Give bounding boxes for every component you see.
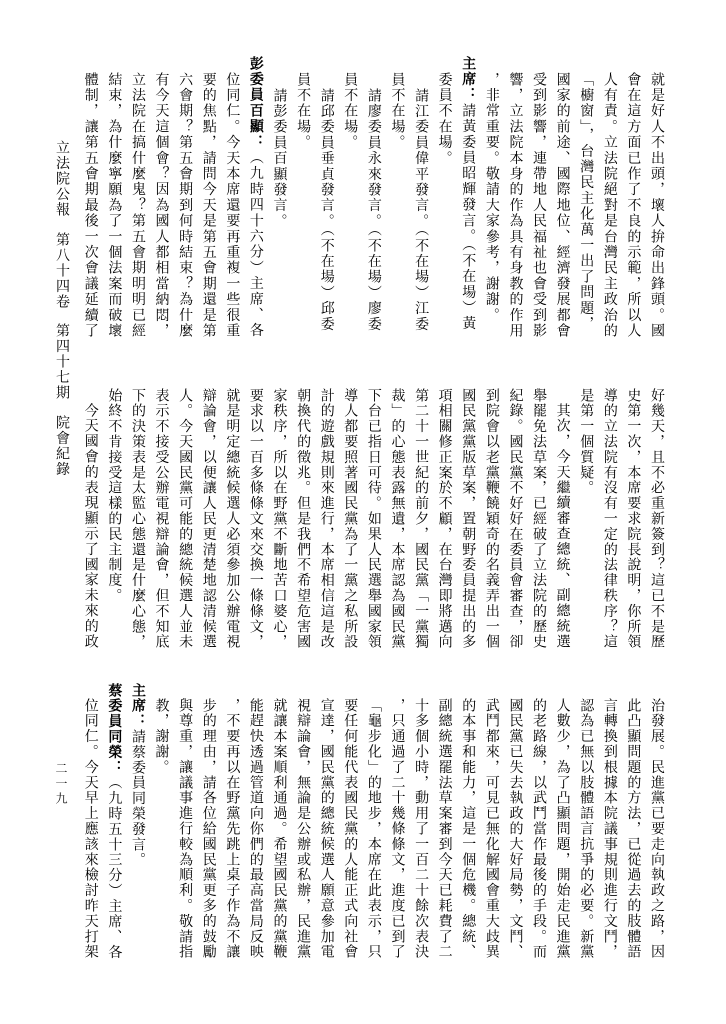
text-column: 視辯論會，無論是公辦或私辦，民進黨	[291, 698, 315, 970]
column-text: 「櫥窗」，台灣民主化萬一出了問題，	[578, 72, 594, 332]
text-column: 到院會以老黨鞭饒穎奇的名義弄出一個	[479, 388, 503, 660]
column-text: 結束，為什麼寧願為了一個法案而破壞	[106, 72, 122, 339]
text-column: 人數少，為了凸顯問題，開始走民進黨	[550, 698, 574, 970]
column-text: 國家的前途、國際地位、經濟發展都會	[555, 72, 571, 339]
speaker-column: 主席：請黃委員昭輝發言。（不在場）黃	[456, 56, 480, 344]
text-column: 導人都要照著國民黨為了一黨之私所設	[338, 388, 362, 660]
column-text: 視辯論會，無論是公辦或私辦，民進黨	[295, 698, 311, 960]
column-text: 人。今天國民黨可能的總統候選人並未	[177, 388, 193, 650]
text-column: 的老路線，以武鬥當作最後的手段。而	[526, 698, 550, 970]
text-column: 委員不在場。	[432, 72, 456, 344]
document-page: 立法院公報第八十四卷第四十七期院會紀錄 二一九 就是好人不出頭，壞人拚命出鋒頭。…	[0, 0, 726, 1024]
text-column: 副總統選罷法草案審到今天已耗費了二	[432, 698, 456, 970]
text-column: 的本事和能力，這是一個危機。總統、	[456, 698, 480, 970]
column-text: ，非常重要。敬請大家參考，謝謝。	[484, 72, 500, 323]
text-column: 治發展。民進黨已要走向執政之路，因	[644, 698, 668, 970]
text-column: 體制，讓第五會期最後一次會議延續了	[78, 72, 102, 344]
text-column: 響，立法院本身的作為具有身教的作用	[503, 72, 527, 344]
text-column: 言轉換到根據本院議事規則進行文鬥，	[597, 698, 621, 970]
publication-name: 立法院公報	[54, 140, 70, 218]
text-column: 此凸顯問題的方法，已從過去的肢體語	[621, 698, 645, 970]
column-text: 國民黨黨版草案，置朝野委員提出的多	[460, 388, 476, 650]
text-column: 是第一個質疑。	[574, 388, 598, 660]
speaker-name: 主席：	[460, 56, 476, 103]
text-column: 家秩序，所以在野黨不斷地苦口婆心，	[267, 388, 291, 660]
text-column: 結束，為什麼寧願為了一個法案而破壞	[102, 72, 126, 344]
text-column: 導的立法院有沒有一定的法律秩序？這	[597, 388, 621, 660]
text-column: 第二十一世紀的前夕，國民黨「一黨獨	[408, 388, 432, 660]
column-text: 請江委員偉平發言。（不在場）江委	[413, 88, 429, 332]
text-column: 認為已無以肢體語言抗爭的必要。新黨	[574, 698, 598, 970]
column-text: 請廖委員永來發言。（不在場）廖委	[366, 88, 382, 332]
text-column: 立法院在搞什麼鬼？第五會期明明已經	[125, 72, 149, 344]
speaker-column: 主席：請蔡委員同榮發言。	[125, 683, 149, 971]
text-column: 教，謝謝。	[149, 698, 173, 970]
text-column: 人。今天國民黨可能的總統候選人並未	[173, 388, 197, 660]
column-text: ，只通過了二十幾條條文，進度已到了	[389, 698, 405, 960]
text-column: 項相關修正案於不顧，在台灣即將邁向	[432, 388, 456, 660]
column-text: 治發展。民進黨已要走向執政之路，因	[649, 698, 665, 960]
text-column: 國民黨黨版草案，置朝野委員提出的多	[456, 388, 480, 660]
column-text: 裁」的心態表露無遺，本席認為國民黨	[389, 388, 405, 650]
column-text: 好幾天，且不必重新簽到？這已不是歷	[649, 388, 665, 650]
paragraph-start-column: 請廖委員永來發言。（不在場）廖委	[361, 88, 385, 360]
column-text: 宣達，國民黨的總統候選人願意參加電	[319, 698, 335, 960]
text-column: 員不在場。	[385, 72, 409, 344]
text-column: 「櫥窗」，台灣民主化萬一出了問題，	[574, 72, 598, 344]
column-text: 請邱委員垂貞發言。（不在場）邱委	[319, 88, 335, 332]
speaker-column: 彭委員百顯：（九時四十六分）主席、各	[243, 56, 267, 344]
text-column: 人有責。立法院絕對是台灣民主政治的	[597, 72, 621, 344]
text-column: 國家的前途、國際地位、經濟發展都會	[550, 72, 574, 344]
column-text: 委員不在場。	[437, 72, 453, 166]
column-text: 始終不肯接受這樣的民主制度。	[106, 388, 122, 604]
column-text: 到院會以老黨鞭饒穎奇的名義弄出一個	[484, 388, 500, 650]
column-text: 第二十一世紀的前夕，國民黨「一黨獨	[413, 388, 429, 650]
column-text: 家秩序，所以在野黨不斷地苦口婆心，	[272, 388, 288, 650]
column-text: 項相關修正案於不顧，在台灣即將邁向	[437, 388, 453, 650]
column-text: 其次，今天繼續審查總統、副總統選	[555, 403, 571, 649]
top-band: 就是好人不出頭，壞人拚命出鋒頭。國 會在這方面已作了不良的示範，所以人 人有責。…	[78, 72, 668, 362]
text-column: 就讓本案順利通過。希望國民黨的黨鞭	[267, 698, 291, 970]
speaker-column: 蔡委員同榮：（九時五十三分）主席、各	[102, 683, 126, 971]
column-text: 步的理由，請各位給國民黨更多的鼓勵	[201, 698, 217, 960]
column-text: 紀錄。國民黨不好好在委員會審查，卻	[507, 388, 523, 650]
text-column: ，只通過了二十幾條條文，進度已到了	[385, 698, 409, 970]
speaker-name: 彭委員百顯：	[248, 56, 264, 150]
column-text: 員不在場。	[295, 72, 311, 151]
text-column: 下的決策表是太監心態還是什麼心態，	[125, 388, 149, 660]
column-text: ，不要再以在野黨先跳上桌子作為不讓	[224, 698, 240, 960]
column-text: 就讓本案順利通過。希望國民黨的黨鞭	[272, 698, 288, 960]
column-text: 副總統選罷法草案審到今天已耗費了二	[437, 698, 453, 960]
column-text: 「龜步化」的地步，本席在此表示，只	[366, 698, 382, 960]
column-text: 就是好人不出頭，壞人拚命出鋒頭。國	[649, 72, 665, 339]
column-text: 導的立法院有沒有一定的法律秩序？這	[602, 388, 618, 650]
text-column: 與尊重，讓議事進行較為順利。敬請指	[173, 698, 197, 970]
volume-number: 第八十四卷	[54, 232, 70, 310]
text-column: 朝換代的徵兆。但是我們不希望危害國	[291, 388, 315, 660]
column-text: 的老路線，以武鬥當作最後的手段。而	[531, 698, 547, 960]
text-column: 十多個小時，動用了一百二十餘次表決	[408, 698, 432, 970]
column-text: 國民黨已失去執政的大好局勢，文鬥、	[507, 698, 523, 960]
text-column: 就是好人不出頭，壞人拚命出鋒頭。國	[644, 72, 668, 344]
text-column: 有今天這個會？因為國人都相當納悶，	[149, 72, 173, 344]
text-column: 要任何能代表國民黨的人能正式向社會	[338, 698, 362, 970]
text-column: 史第一次，本席要求院長說明，你所領	[621, 388, 645, 660]
text-column: 要求以一百多條條文來交換一條條文，	[243, 388, 267, 660]
running-title: 立法院公報第八十四卷第四十七期院會紀錄	[50, 140, 74, 500]
column-text: 朝換代的徵兆。但是我們不希望危害國	[295, 388, 311, 650]
text-column: 計的遊戲規則來進行，本席相信這是改	[314, 388, 338, 660]
column-text: 能趕快透過管道向你們的最高當局反映	[248, 698, 264, 960]
text-column: 「龜步化」的地步，本席在此表示，只	[361, 698, 385, 970]
column-text: （九時五十三分）主席、各	[106, 775, 122, 960]
column-text: 認為已無以肢體語言抗爭的必要。新黨	[578, 698, 594, 960]
column-text: （九時四十六分）主席、各	[248, 151, 264, 339]
text-column: 宣達，國民黨的總統候選人願意參加電	[314, 698, 338, 970]
text-column: 國民黨已失去執政的大好局勢，文鬥、	[503, 698, 527, 970]
column-text: 位同仁。今天早上應該來檢討昨天打架	[83, 698, 99, 960]
column-text: 要的焦點，請問今天是第五會期還是第	[201, 72, 217, 339]
column-text: 立法院在搞什麼鬼？第五會期明明已經	[130, 72, 146, 339]
bottom-band: 治發展。民進黨已要走向執政之路，因 此凸顯問題的方法，已從過去的肢體語 言轉換到…	[78, 698, 668, 988]
text-column: 受到影響，連帶地人民福祉也會受到影	[526, 72, 550, 344]
column-text: 體制，讓第五會期最後一次會議延續了	[83, 72, 99, 339]
text-column: 武鬥都來，可見已無化解國會重大歧異	[479, 698, 503, 970]
text-column: 紀錄。國民黨不好好在委員會審查，卻	[503, 388, 527, 660]
paragraph-start-column: 請彭委員百顯發言。	[267, 88, 291, 360]
column-text: 導人都要照著國民黨為了一黨之私所設	[342, 388, 358, 650]
speaker-name: 主席：	[130, 683, 146, 729]
text-column: 會在這方面已作了不良的示範，所以人	[621, 72, 645, 344]
paragraph-start-column: 今天國會的表現顯示了國家未來的政	[78, 403, 102, 675]
text-column: 要的焦點，請問今天是第五會期還是第	[196, 72, 220, 344]
text-column: 員不在場。	[338, 72, 362, 344]
column-text: 舉罷免法草案，已經破了立法院的歷史	[531, 388, 547, 650]
column-text: 人有責。立法院絕對是台灣民主政治的	[602, 72, 618, 339]
column-text: 史第一次，本席要求院長說明，你所領	[625, 388, 641, 650]
column-text: 請黃委員昭輝發言。（不在場）黃	[460, 103, 476, 332]
text-column: 始終不肯接受這樣的民主制度。	[102, 388, 126, 660]
column-text: 六會期？第五會期到何時結束？為什麼	[177, 72, 193, 339]
column-text: 表示不接受公辦電視辯論會，但不知底	[154, 388, 170, 650]
text-column: 位同仁。今天早上應該來檢討昨天打架	[78, 698, 102, 970]
column-text: 要求以一百多條條文來交換一條條文，	[248, 388, 264, 650]
column-text: 是第一個質疑。	[578, 388, 594, 496]
section-name: 院會紀錄	[54, 415, 70, 477]
text-column: 步的理由，請各位給國民黨更多的鼓勵	[196, 698, 220, 970]
paragraph-start-column: 請江委員偉平發言。（不在場）江委	[408, 88, 432, 360]
text-column: 員不在場。	[291, 72, 315, 344]
text-column: ，不要再以在野黨先跳上桌子作為不讓	[220, 698, 244, 970]
text-column: 舉罷免法草案，已經破了立法院的歷史	[526, 388, 550, 660]
text-column: 下台已指日可待。如果人民選舉國家領	[361, 388, 385, 660]
column-text: 請彭委員百顯發言。	[272, 88, 288, 229]
column-text: 人數少，為了凸顯問題，開始走民進黨	[555, 698, 571, 960]
text-column: 好幾天，且不必重新簽到？這已不是歷	[644, 388, 668, 660]
column-text: 言轉換到根據本院議事規則進行文鬥，	[602, 698, 618, 960]
column-text: 的本事和能力，這是一個危機。總統、	[460, 698, 476, 960]
column-text: 下台已指日可待。如果人民選舉國家領	[366, 388, 382, 650]
column-text: 今天國會的表現顯示了國家未來的政	[83, 403, 99, 649]
speaker-name: 蔡委員同榮：	[106, 683, 122, 775]
text-column: 能趕快透過管道向你們的最高當局反映	[243, 698, 267, 970]
column-text: 員不在場。	[389, 72, 405, 151]
column-text: 響，立法院本身的作為具有身教的作用	[507, 72, 523, 339]
column-text: 教，謝謝。	[154, 698, 170, 775]
text-column: 就是明定總統候選人必須參加公辦電視	[220, 388, 244, 660]
paragraph-start-column: 其次，今天繼續審查總統、副總統選	[550, 403, 574, 675]
column-text: 受到影響，連帶地人民福祉也會受到影	[531, 72, 547, 339]
column-text: 有今天這個會？因為國人都相當納悶，	[154, 72, 170, 339]
text-column: ，非常重要。敬請大家參考，謝謝。	[479, 72, 503, 344]
column-text: 請蔡委員同榮發言。	[130, 729, 146, 868]
column-text: 十多個小時，動用了一百二十餘次表決	[413, 698, 429, 960]
column-text: 與尊重，讓議事進行較為順利。敬請指	[177, 698, 193, 960]
column-text: 會在這方面已作了不良的示範，所以人	[625, 72, 641, 339]
text-column: 表示不接受公辦電視辯論會，但不知底	[149, 388, 173, 660]
column-text: 辯論會，以便讓人民更清楚地認清候選	[201, 388, 217, 650]
middle-band: 好幾天，且不必重新簽到？這已不是歷 史第一次，本席要求院長說明，你所領 導的立法…	[78, 388, 668, 678]
column-text: 就是明定總統候選人必須參加公辦電視	[224, 388, 240, 650]
page-number: 二一九	[51, 762, 71, 812]
column-text: 計的遊戲規則來進行，本席相信這是改	[319, 388, 335, 650]
column-text: 武鬥都來，可見已無化解國會重大歧異	[484, 698, 500, 960]
issue-number: 第四十七期	[54, 323, 70, 401]
column-text: 下的決策表是太監心態還是什麼心態，	[130, 388, 146, 650]
column-text: 位同仁。今天本席還要再重複一些很重	[224, 72, 240, 339]
text-column: 辯論會，以便讓人民更清楚地認清候選	[196, 388, 220, 660]
column-text: 要任何能代表國民黨的人能正式向社會	[342, 698, 358, 960]
column-text: 員不在場。	[342, 72, 358, 151]
paragraph-start-column: 請邱委員垂貞發言。（不在場）邱委	[314, 88, 338, 360]
column-text: 此凸顯問題的方法，已從過去的肢體語	[625, 698, 641, 960]
text-column: 裁」的心態表露無遺，本席認為國民黨	[385, 388, 409, 660]
text-column: 位同仁。今天本席還要再重複一些很重	[220, 72, 244, 344]
text-column: 六會期？第五會期到何時結束？為什麼	[173, 72, 197, 344]
